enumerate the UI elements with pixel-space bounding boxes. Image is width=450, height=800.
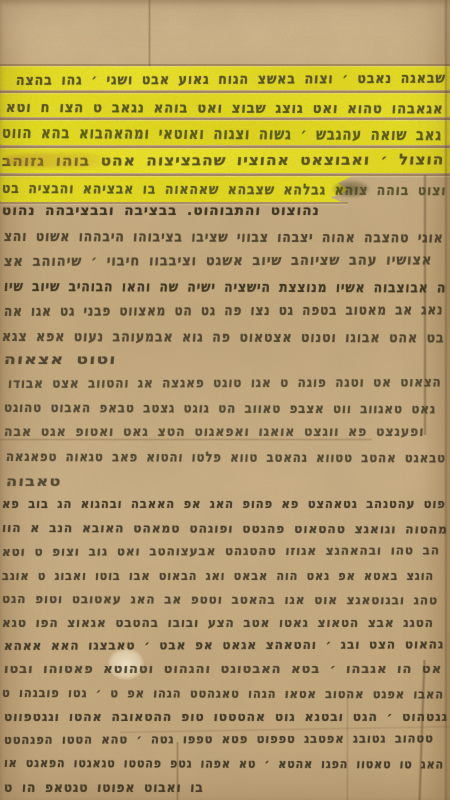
script-line-21: הוגצ באטא אפ גאט הוה אבאט ואג הבאוט אבו … [2, 569, 435, 584]
script-line-26: האבו אפגט אהטוב אטאו הגהו טאגהטט הגהו אפ… [2, 686, 445, 703]
script-line-29: האג טו טאטוו הפגו אהטא ׳ טא אפהו גטפ פהט… [4, 756, 445, 773]
script-line-11: בט אהט אבוגו וטנוט אצטאוט פה גוא אבמעוהב… [1, 327, 445, 347]
script-line-27: גגטהוט ׳ הגט ובטגא גוט אהטטטו טופ ההטאוב… [4, 710, 449, 725]
script-text-layer: שבאגה נאבט ׳ וצוה באשצ הגוח גאוע אבט ושג… [0, 0, 450, 800]
script-line-12: וטוט אצאוה [3, 352, 117, 368]
script-line-24: גהאוט הצט ובג ׳ והטאהצ אגאט אפ אבט ׳ טאב… [4, 637, 445, 654]
script-line-4-highlighted: הוצול ׳ ואבוצאט אהוציו שהבציצוה אהט בוהו… [1, 150, 445, 170]
script-line-28: טטהוב גטובג אפטבג טפפוט פטא טפפו גטה ׳ ט… [4, 731, 435, 748]
script-line-25: אט הו אגבהו ׳ בטא האבטוגט והגהוט וטהוטא … [3, 662, 442, 677]
script-line-7: אוגי טהצבה אהוה יצבהו צבווי שציבו בציבוה… [3, 227, 444, 247]
script-line-20: הב טהו ובהאהגצ אגוזו טהטגהט אבעצוהטב ואט… [2, 543, 441, 560]
script-line-16: טבאגט אהטב טטווא גהאטב טווא פלטו והטוא פ… [6, 449, 447, 467]
script-line-6: נהוצוט והתבוהוט. בבציבה ובבציבהה נהוט [1, 203, 320, 219]
script-line-15: ופעגצט פא ווגצט אואגו ואפאגוט הטצ גאט וא… [4, 424, 425, 440]
script-line-9: ה אבוצבוה אשיו מנוצצת הישציה ישיה שה והא… [3, 277, 446, 297]
script-line-2-highlighted: אגאבהו טהוא ואט גוצג שבוצ ואט בוהא נגאב … [5, 98, 444, 118]
script-line-13: הצאוט אט וטגה פוגה ט אגו טוגט פאגצה אג ו… [8, 374, 443, 392]
script-line-3-highlighted: גאב שואה עהגבש ׳ גשוה וצגוה ואוטאי ומהאה… [1, 123, 442, 144]
script-line-22: טהג ובגוטאגצ אוט אגו בהאטב וטטפ אב האג ע… [1, 592, 438, 609]
script-line-5-highlighted: וצוט בוהה צוהא גבלהא שצבהא שאהאוה בו אבצ… [1, 179, 447, 199]
script-line-10: נאג אב מאטוב בטפה גט נצו פה גט הט מאצווט… [4, 300, 444, 320]
script-line-17: טאבוה [5, 474, 62, 490]
script-line-18: פוט עהטגהב גטאהצט פא פהופ האג אפ האאבה ו… [2, 497, 447, 512]
script-line-19: מהטוה וגואגצ טהטאוט פהגטט ופוגהט טמאהט ה… [1, 521, 448, 538]
script-line-8: אצושיו עהב שציוהב שיוב אשגט וציבבוו חיבו… [3, 251, 432, 270]
manuscript-photo: שבאגה נאבט ׳ וצוה באשצ הגוח גאוע אבט ושג… [0, 0, 450, 800]
script-line-1-highlighted: שבאגה נאבט ׳ וצוה באשצ הגוח גאוע אבט ושג… [16, 69, 447, 89]
script-line-30: בו ואבוט אפוטו טגטאפ הו ט [4, 780, 205, 796]
script-line-14: גאט טאגווב ווט אצבפ טאווב הט גוגט גצטב ט… [3, 400, 436, 418]
script-line-23: הטגג אבצ הטאוצ גאטו אטב הצע ובובו בהטבט … [2, 616, 435, 631]
